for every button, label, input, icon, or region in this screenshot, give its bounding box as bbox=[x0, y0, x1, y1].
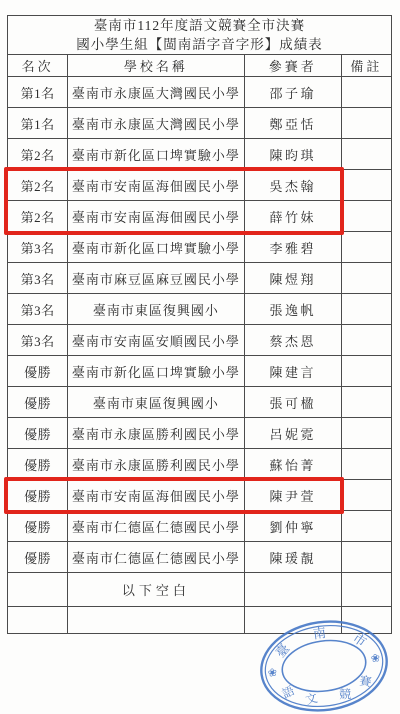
participant-cell: 陳尹萱 bbox=[244, 480, 341, 511]
school-cell: 臺南市仁德區仁德國民小學 bbox=[68, 542, 244, 573]
participant-cell: 李雅碧 bbox=[244, 232, 341, 263]
note-cell bbox=[341, 325, 391, 356]
stamp-char: 南 bbox=[312, 625, 327, 642]
table-row: 第2名 臺南市安南區海佃國民小學 吳杰翰 bbox=[8, 170, 392, 201]
title-line-1: 臺南市112年度語文競賽全市決賽 bbox=[8, 16, 391, 35]
header-participant: 參賽者 bbox=[244, 55, 341, 77]
table-row: 第3名 臺南市安南區安順國民小學 蔡杰恩 bbox=[8, 325, 392, 356]
rank-cell: 優勝 bbox=[8, 356, 68, 387]
table-row: 第1名 臺南市永康區大灣國民小學 邵子瑜 bbox=[8, 77, 392, 108]
title-cell: 臺南市112年度語文競賽全市決賽 國小學生組【閩南語字音字形】成績表 bbox=[8, 16, 392, 55]
note-cell bbox=[341, 294, 391, 325]
participant-cell: 陳建言 bbox=[244, 356, 341, 387]
table-row: 以下空白 bbox=[8, 573, 392, 607]
participant-cell: 張可楹 bbox=[244, 387, 341, 418]
rank-cell: 第3名 bbox=[8, 232, 68, 263]
participant-cell bbox=[244, 573, 341, 607]
rank-cell: 優勝 bbox=[8, 511, 68, 542]
rank-cell: 優勝 bbox=[8, 418, 68, 449]
plum-blossom-icon: ❀ bbox=[267, 667, 278, 680]
rank-cell: 第1名 bbox=[8, 108, 68, 139]
note-cell bbox=[341, 201, 391, 232]
note-cell bbox=[341, 77, 391, 108]
school-cell: 臺南市新化區口埤實驗小學 bbox=[68, 356, 244, 387]
school-cell: 臺南市新化區口埤實驗小學 bbox=[68, 139, 244, 170]
school-cell: 臺南市安南區海佃國民小學 bbox=[68, 170, 244, 201]
rank-cell: 優勝 bbox=[8, 480, 68, 511]
stamp-char: 市 bbox=[350, 630, 369, 650]
stamp-char: 競 bbox=[339, 686, 352, 701]
rank-cell: 第2名 bbox=[8, 201, 68, 232]
table-row: 第3名 臺南市麻豆區麻豆國民小學 陳煜翔 bbox=[8, 263, 392, 294]
header-row: 名次 學校名稱 參賽者 備註 bbox=[8, 55, 392, 77]
header-rank: 名次 bbox=[8, 55, 68, 77]
rank-cell: 優勝 bbox=[8, 449, 68, 480]
note-cell bbox=[341, 108, 391, 139]
note-cell bbox=[341, 573, 391, 607]
title-row: 臺南市112年度語文競賽全市決賽 國小學生組【閩南語字音字形】成績表 bbox=[8, 16, 392, 55]
rank-cell: 第3名 bbox=[8, 325, 68, 356]
header-note: 備註 bbox=[341, 55, 391, 77]
table-row: 第2名 臺南市安南區海佃國民小學 薛竹妹 bbox=[8, 201, 392, 232]
participant-cell: 邵子瑜 bbox=[244, 77, 341, 108]
participant-cell: 蔡杰恩 bbox=[244, 325, 341, 356]
school-cell: 臺南市安南區海佃國民小學 bbox=[68, 480, 244, 511]
school-cell bbox=[68, 607, 244, 634]
school-cell: 臺南市永康區大灣國民小學 bbox=[68, 77, 244, 108]
rank-cell: 第2名 bbox=[8, 170, 68, 201]
table-row: 優勝 臺南市仁德區仁德國民小學 劉仲寧 bbox=[8, 511, 392, 542]
participant-cell: 鄭亞恬 bbox=[244, 108, 341, 139]
rank-cell: 第3名 bbox=[8, 263, 68, 294]
participant-cell: 陳瑗靚 bbox=[244, 542, 341, 573]
participant-cell: 薛竹妹 bbox=[244, 201, 341, 232]
table-row: 優勝 臺南市仁德區仁德國民小學 陳瑗靚 bbox=[8, 542, 392, 573]
note-cell bbox=[341, 542, 391, 573]
school-cell: 臺南市東區復興國小 bbox=[68, 294, 244, 325]
table-row: 優勝 臺南市東區復興國小 張可楹 bbox=[8, 387, 392, 418]
note-cell bbox=[341, 449, 391, 480]
table-row: 第1名 臺南市永康區大灣國民小學 鄭亞恬 bbox=[8, 108, 392, 139]
school-cell: 臺南市安南區安順國民小學 bbox=[68, 325, 244, 356]
plum-blossom-icon: ❀ bbox=[370, 652, 381, 665]
rank-cell bbox=[8, 607, 68, 634]
note-cell bbox=[341, 263, 391, 294]
table-row: 優勝 臺南市永康區勝利國民小學 蘇怡菁 bbox=[8, 449, 392, 480]
stamp-char: 臺 bbox=[273, 641, 293, 661]
score-table: 臺南市112年度語文競賽全市決賽 國小學生組【閩南語字音字形】成績表 名次 學校… bbox=[7, 15, 392, 634]
participant-cell: 陳煜翔 bbox=[244, 263, 341, 294]
school-cell: 臺南市永康區勝利國民小學 bbox=[68, 418, 244, 449]
participant-cell: 吳杰翰 bbox=[244, 170, 341, 201]
participant-cell: 陳昀琪 bbox=[244, 139, 341, 170]
school-cell: 臺南市永康區大灣國民小學 bbox=[68, 108, 244, 139]
stamp-char: 賽 bbox=[358, 673, 373, 689]
school-cell: 臺南市永康區勝利國民小學 bbox=[68, 449, 244, 480]
participant-cell: 劉仲寧 bbox=[244, 511, 341, 542]
table-row: 第2名 臺南市新化區口埤實驗小學 陳昀琪 bbox=[8, 139, 392, 170]
note-cell bbox=[341, 170, 391, 201]
school-cell: 臺南市東區復興國小 bbox=[68, 387, 244, 418]
school-cell: 以下空白 bbox=[68, 573, 244, 607]
rank-cell: 優勝 bbox=[8, 542, 68, 573]
table-row: 優勝 臺南市新化區口埤實驗小學 陳建言 bbox=[8, 356, 392, 387]
school-cell: 臺南市麻豆區麻豆國民小學 bbox=[68, 263, 244, 294]
note-cell bbox=[341, 511, 391, 542]
school-cell: 臺南市仁德區仁德國民小學 bbox=[68, 511, 244, 542]
rank-cell bbox=[8, 573, 68, 607]
participant-cell: 呂妮霓 bbox=[244, 418, 341, 449]
rank-cell: 優勝 bbox=[8, 387, 68, 418]
title-line-2: 國小學生組【閩南語字音字形】成績表 bbox=[8, 35, 391, 54]
school-cell: 臺南市安南區海佃國民小學 bbox=[68, 201, 244, 232]
participant-cell: 蘇怡菁 bbox=[244, 449, 341, 480]
participant-cell: 張逸帆 bbox=[244, 294, 341, 325]
note-cell bbox=[341, 356, 391, 387]
note-cell bbox=[341, 387, 391, 418]
paper: 臺南市112年度語文競賽全市決賽 國小學生組【閩南語字音字形】成績表 名次 學校… bbox=[0, 0, 400, 714]
header-school: 學校名稱 bbox=[68, 55, 244, 77]
note-cell bbox=[341, 232, 391, 263]
rank-cell: 第3名 bbox=[8, 294, 68, 325]
table-row: 優勝 臺南市安南區海佃國民小學 陳尹萱 bbox=[8, 480, 392, 511]
table-row: 第3名 臺南市東區復興國小 張逸帆 bbox=[8, 294, 392, 325]
table-row: 第3名 臺南市新化區口埤實驗小學 李雅碧 bbox=[8, 232, 392, 263]
school-cell: 臺南市新化區口埤實驗小學 bbox=[68, 232, 244, 263]
stamp-char: 文 bbox=[304, 691, 319, 707]
official-stamp: 臺 南 市 ❀ ❀ 語 文 競 賽 bbox=[256, 618, 392, 714]
rank-cell: 第1名 bbox=[8, 77, 68, 108]
rank-cell: 第2名 bbox=[8, 139, 68, 170]
note-cell bbox=[341, 418, 391, 449]
note-cell bbox=[341, 139, 391, 170]
results-body: 第1名 臺南市永康區大灣國民小學 邵子瑜 第1名 臺南市永康區大灣國民小學 鄭亞… bbox=[8, 77, 392, 634]
table-row: 優勝 臺南市永康區勝利國民小學 呂妮霓 bbox=[8, 418, 392, 449]
note-cell bbox=[341, 480, 391, 511]
